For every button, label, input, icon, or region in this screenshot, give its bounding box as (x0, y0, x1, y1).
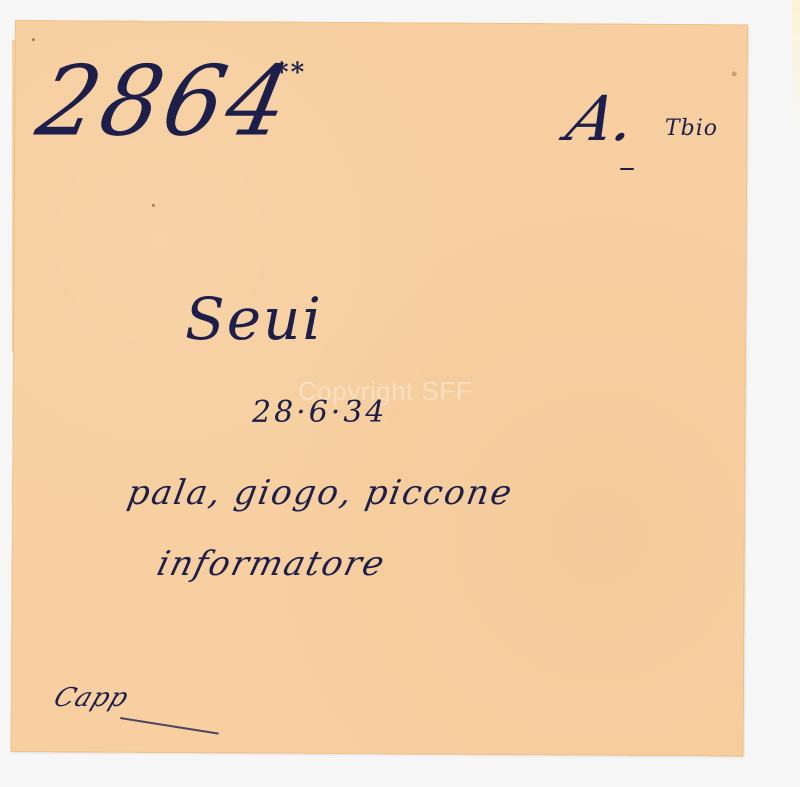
scanned-document: 2864 ** A. Tbio Seui Copyright SFF 28·6·… (0, 0, 800, 787)
informant-role: informatore (154, 547, 390, 581)
place-name: Seui (185, 290, 323, 348)
catalog-number: 2864 (30, 53, 301, 150)
date: 28·6·34 (252, 398, 388, 428)
catalog-marks: ** (275, 58, 306, 88)
objects-list: pala, giogo, piccone (125, 476, 516, 510)
collection-code-underline (620, 168, 634, 170)
signature: Capp (50, 685, 132, 711)
collection-code-superscript: Tbio (665, 118, 718, 140)
adjacent-page-edge (792, 0, 800, 130)
paper-speck (32, 38, 35, 41)
paper-speck (732, 71, 737, 76)
paper-speck (152, 204, 155, 207)
